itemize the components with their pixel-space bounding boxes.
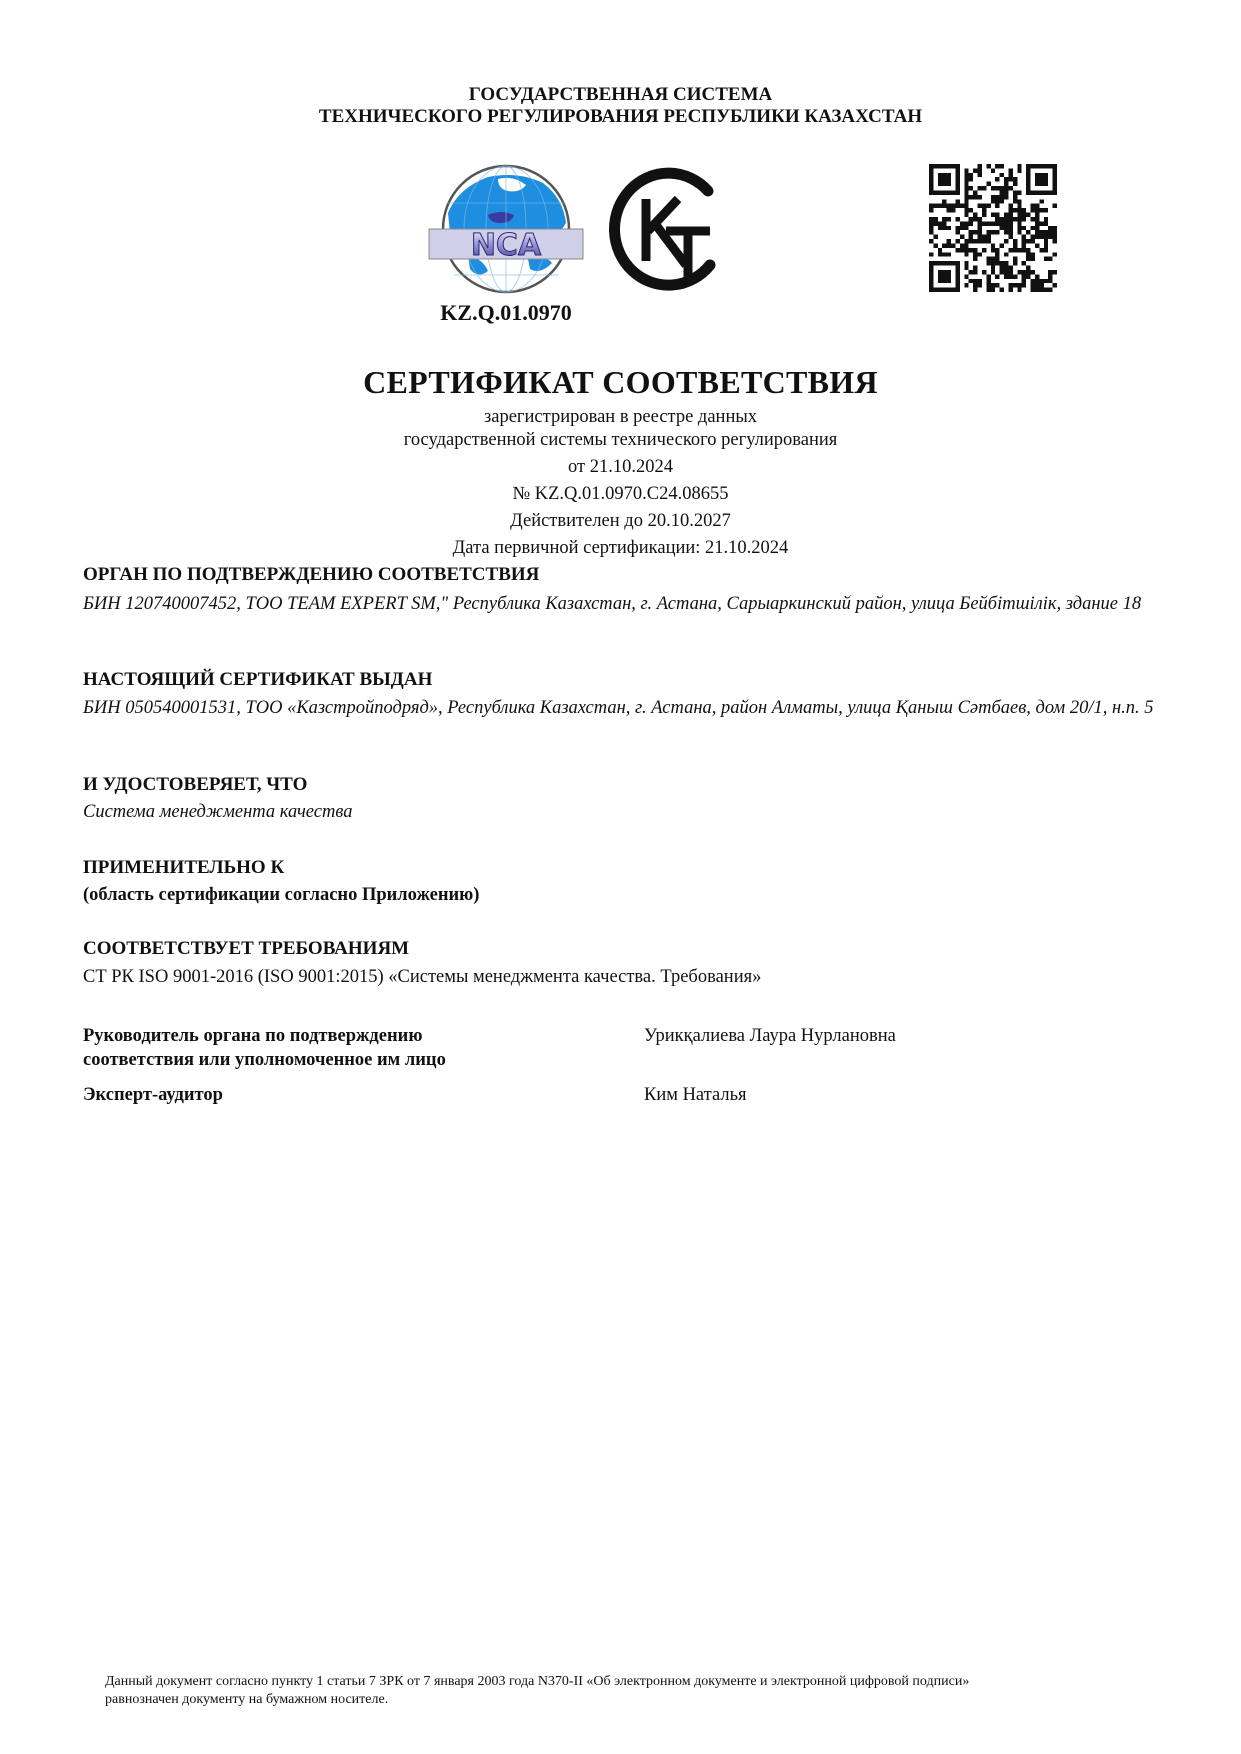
section-heading-issued-to: НАСТОЯЩИЙ СЕРТИФИКАТ ВЫДАН: [83, 668, 1163, 692]
certificate-date: от 21.10.2024: [0, 454, 1241, 481]
header-line-1: ГОСУДАРСТВЕННАЯ СИСТЕМА: [0, 84, 1241, 106]
section-body-certifies: Система менеджмента качества: [83, 801, 1163, 824]
section-body-applicable-to: (область сертификации согласно Приложени…: [83, 884, 1163, 907]
section-heading-applicable-to: ПРИМЕНИТЕЛЬНО К: [83, 856, 1163, 880]
signature-role-head-line-2: соответствия или уполномоченное им лицо: [83, 1048, 603, 1072]
signature-role-head-line-1: Руководитель органа по подтверждению: [83, 1024, 603, 1048]
footer-legal-line-2: равнозначен документу на бумажном носите…: [105, 1691, 1165, 1709]
section-body-certification-body: БИН 120740007452, ТОО TEAM EXPERT SM," Р…: [83, 593, 1163, 616]
registered-line-2: государственной системы технического рег…: [0, 427, 1241, 454]
signature-name-auditor: Ким Наталья: [644, 1083, 1164, 1107]
section-body-requirements: СТ РК ISO 9001-2016 (ISO 9001:2015) «Сис…: [83, 966, 1163, 989]
globe-logo-icon: NCA: [428, 163, 584, 295]
section-heading-certification-body: ОРГАН ПО ПОДТВЕРЖДЕНИЮ СООТВЕТСТВИЯ: [83, 563, 1163, 587]
certificate-number: № KZ.Q.01.0970.C24.08655: [0, 481, 1241, 508]
footer-legal-line-1: Данный документ согласно пункту 1 статьи…: [105, 1673, 1165, 1691]
certificate-title: СЕРТИФИКАТ СООТВЕТСТВИЯ: [0, 364, 1241, 400]
signature-role-auditor: Эксперт-аудитор: [83, 1083, 603, 1107]
accreditation-number: KZ.Q.01.0970: [428, 300, 584, 326]
header-line-2: ТЕХНИЧЕСКОГО РЕГУЛИРОВАНИЯ РЕСПУБЛИКИ КА…: [0, 106, 1241, 128]
initial-certification-date: Дата первичной сертификации: 21.10.2024: [0, 535, 1241, 562]
kt-conformity-mark-icon: [606, 165, 724, 291]
section-heading-requirements: СООТВЕТСТВУЕТ ТРЕБОВАНИЯМ: [83, 937, 1163, 961]
section-body-issued-to: БИН 050540001531, ТОО «Казстройподряд», …: [83, 697, 1163, 720]
valid-until: Действителен до 20.10.2027: [0, 508, 1241, 535]
qr-code-icon[interactable]: [929, 164, 1057, 292]
signature-name-head: Урикқалиева Лаура Нурлановна: [644, 1024, 1164, 1048]
section-heading-certifies: И УДОСТОВЕРЯЕТ, ЧТО: [83, 773, 1163, 797]
nca-logo-text: NCA: [471, 228, 542, 263]
